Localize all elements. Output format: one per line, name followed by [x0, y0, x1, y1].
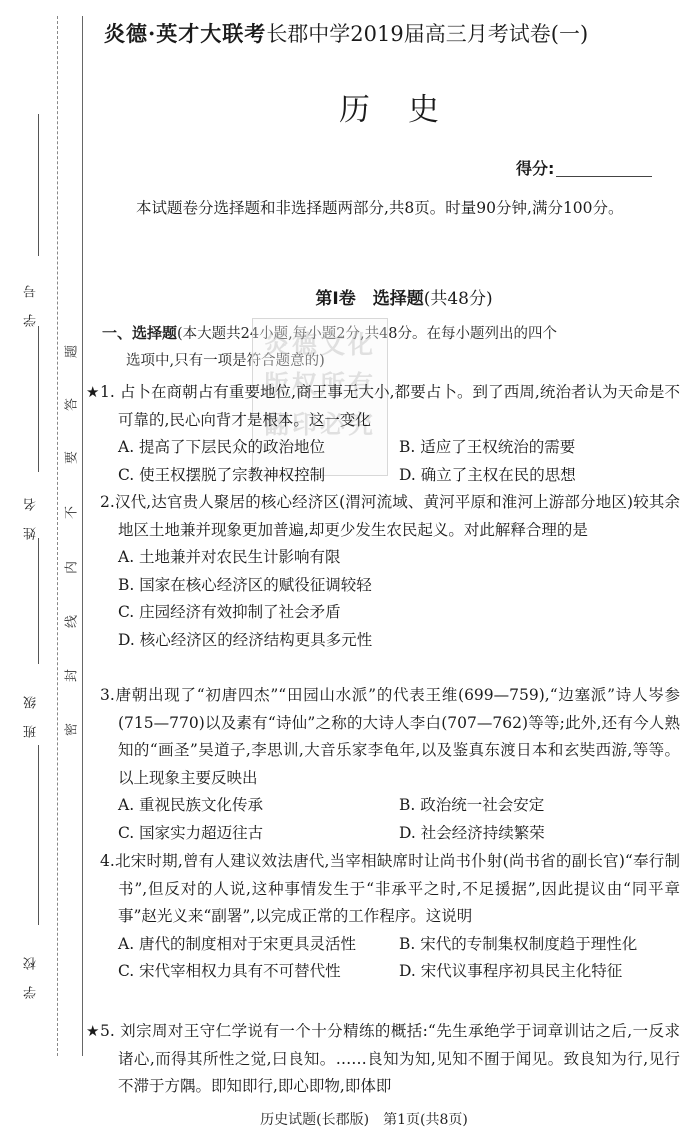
seal-char: 答	[61, 397, 80, 413]
question-stem: 2.汉代,达官贵人聚居的核心经济区(渭河流域、黄河平原和淮河上游部分地区)较其余…	[100, 489, 680, 544]
binding-dotted-line	[57, 16, 58, 1056]
question-number: 4.	[100, 852, 115, 870]
seal-char: 要	[61, 450, 80, 466]
watermark-line: 炎德文化	[253, 325, 387, 365]
question-number: 2.	[100, 493, 115, 511]
option-b[interactable]: B. 国家在核心经济区的赋役征调较轻	[118, 572, 680, 600]
student-id-field-line[interactable]	[38, 114, 39, 256]
option-d[interactable]: D. 宋代议事程序初具民主化特征	[399, 958, 680, 986]
page-footer: 历史试题(长郡版) 第1页(共8页)	[0, 1109, 688, 1129]
options: A. 唐代的制度相对于宋更具灵活性 B. 宋代的专制集权制度趋于理性化 C. 宋…	[100, 931, 680, 986]
section-instructions: 一、选择题(本大题共24小题,每小题2分,共48分。在每小题列出的四个 选项中,…	[102, 320, 680, 375]
seal-char: 密	[61, 722, 80, 738]
school-label: 学校	[22, 925, 42, 999]
options: A. 重视民族文化传承 B. 政治统一社会安定 C. 国家实力超迈往古 D. 社…	[100, 792, 680, 847]
question-stem: 4.北宋时期,曾有人建议效法唐代,当宰相缺席时让尚书仆射(尚书省的副长官)“奉行…	[100, 848, 680, 931]
score-box: 得分:	[516, 156, 652, 179]
question-5: ★ 5. 刘宗周对王守仁学说有一个十分精练的概括:“先生承绝学于词章训诂之后,一…	[100, 1018, 680, 1101]
option-b[interactable]: B. 宋代的专制集权制度趋于理性化	[399, 931, 680, 959]
question-stem: 1. 占卜在商朝占有重要地位,商王事无大小,都要占卜。到了西周,统治者认为天命是…	[100, 379, 680, 434]
option-a[interactable]: A. 土地兼并对农民生计影响有限	[118, 544, 680, 572]
binding-solid-line	[82, 16, 83, 1056]
question-4: 4.北宋时期,曾有人建议效法唐代,当宰相缺席时让尚书仆射(尚书省的副长官)“奉行…	[100, 848, 680, 986]
option-c[interactable]: C. 庄园经济有效抑制了社会矛盾	[118, 599, 680, 627]
question-text: 唐朝出现了“初唐四杰”“田园山水派”的代表王维(699—759),“边塞派”诗人…	[115, 686, 680, 787]
seal-char: 内	[61, 560, 80, 576]
question-number: 1.	[100, 383, 115, 401]
section-points: (共48分)	[424, 289, 493, 309]
star-icon: ★	[86, 379, 99, 407]
instructions-lead: 一、选择题	[102, 324, 177, 342]
section-name: 第Ⅰ卷 选择题	[315, 289, 423, 309]
class-field-line[interactable]	[38, 538, 39, 664]
option-a[interactable]: A. 唐代的制度相对于宋更具灵活性	[118, 931, 399, 959]
question-number: 3.	[100, 686, 115, 704]
question-2: 2.汉代,达官贵人聚居的核心经济区(渭河流域、黄河平原和淮河上游部分地区)较其余…	[100, 489, 680, 654]
class-label: 班级	[22, 664, 42, 738]
option-c[interactable]: C. 国家实力超迈往古	[118, 820, 399, 848]
options: A. 土地兼并对农民生计影响有限 B. 国家在核心经济区的赋役征调较轻 C. 庄…	[100, 544, 680, 654]
question-3: 3.唐朝出现了“初唐四杰”“田园山水派”的代表王维(699—759),“边塞派”…	[100, 682, 680, 847]
options: A. 提高了下层民众的政治地位 B. 适应了王权统治的需要 C. 使王权摆脱了宗…	[100, 434, 680, 489]
question-stem: 5. 刘宗周对王守仁学说有一个十分精练的概括:“先生承绝学于词章训诂之后,一反求…	[100, 1018, 680, 1101]
question-number: 5.	[100, 1022, 115, 1040]
instructions-line-2: 选项中,只有一项是符合题意的)	[102, 348, 680, 375]
option-c[interactable]: C. 使王权摆脱了宗教神权控制	[118, 462, 399, 490]
question-1: ★ 1. 占卜在商朝占有重要地位,商王事无大小,都要占卜。到了西周,统治者认为天…	[100, 379, 680, 489]
option-b[interactable]: B. 政治统一社会安定	[399, 792, 680, 820]
subject-title: 历史	[0, 84, 688, 129]
question-text: 刘宗周对王守仁学说有一个十分精练的概括:“先生承绝学于词章训诂之后,一反求诸心,…	[118, 1022, 680, 1095]
score-label: 得分:	[516, 159, 554, 178]
option-a[interactable]: A. 提高了下层民众的政治地位	[118, 434, 399, 462]
seal-char: 题	[61, 344, 80, 360]
exam-brand: 炎德·英才大联考	[104, 21, 266, 46]
name-field-line[interactable]	[38, 380, 39, 472]
option-d[interactable]: D. 确立了主权在民的思想	[399, 462, 680, 490]
option-d[interactable]: D. 核心经济区的经济结构更具多元性	[118, 627, 680, 655]
exam-header: 炎德·英才大联考长郡中学2019届高三月考试卷(一)	[104, 18, 684, 48]
exam-title: 长郡中学2019届高三月考试卷(一)	[266, 22, 588, 46]
score-blank[interactable]	[556, 176, 652, 177]
question-stem: 3.唐朝出现了“初唐四杰”“田园山水派”的代表王维(699—759),“边塞派”…	[100, 682, 680, 792]
intro-paragraph: 本试题卷分选择题和非选择题两部分,共8页。时量90分钟,满分100分。	[102, 188, 686, 228]
school-field-line[interactable]	[38, 745, 39, 925]
section-title: 第Ⅰ卷 选择题(共48分)	[0, 284, 688, 309]
seal-char: 封	[61, 668, 80, 684]
question-text: 占卜在商朝占有重要地位,商王事无大小,都要占卜。到了西周,统治者认为天命是不可靠…	[118, 383, 680, 429]
star-icon: ★	[86, 1018, 99, 1046]
option-d[interactable]: D. 社会经济持续繁荣	[399, 820, 680, 848]
option-b[interactable]: B. 适应了王权统治的需要	[399, 434, 680, 462]
seal-char: 线	[61, 614, 80, 630]
seal-char: 不	[61, 505, 80, 521]
question-text: 汉代,达官贵人聚居的核心经济区(渭河流域、黄河平原和淮河上游部分地区)较其余地区…	[115, 493, 680, 539]
name-label: 姓名	[22, 470, 42, 540]
option-a[interactable]: A. 重视民族文化传承	[118, 792, 399, 820]
question-text: 北宋时期,曾有人建议效法唐代,当宰相缺席时让尚书仆射(尚书省的副长官)“奉行制书…	[115, 852, 680, 925]
option-c[interactable]: C. 宋代宰相权力具有不可替代性	[118, 958, 399, 986]
